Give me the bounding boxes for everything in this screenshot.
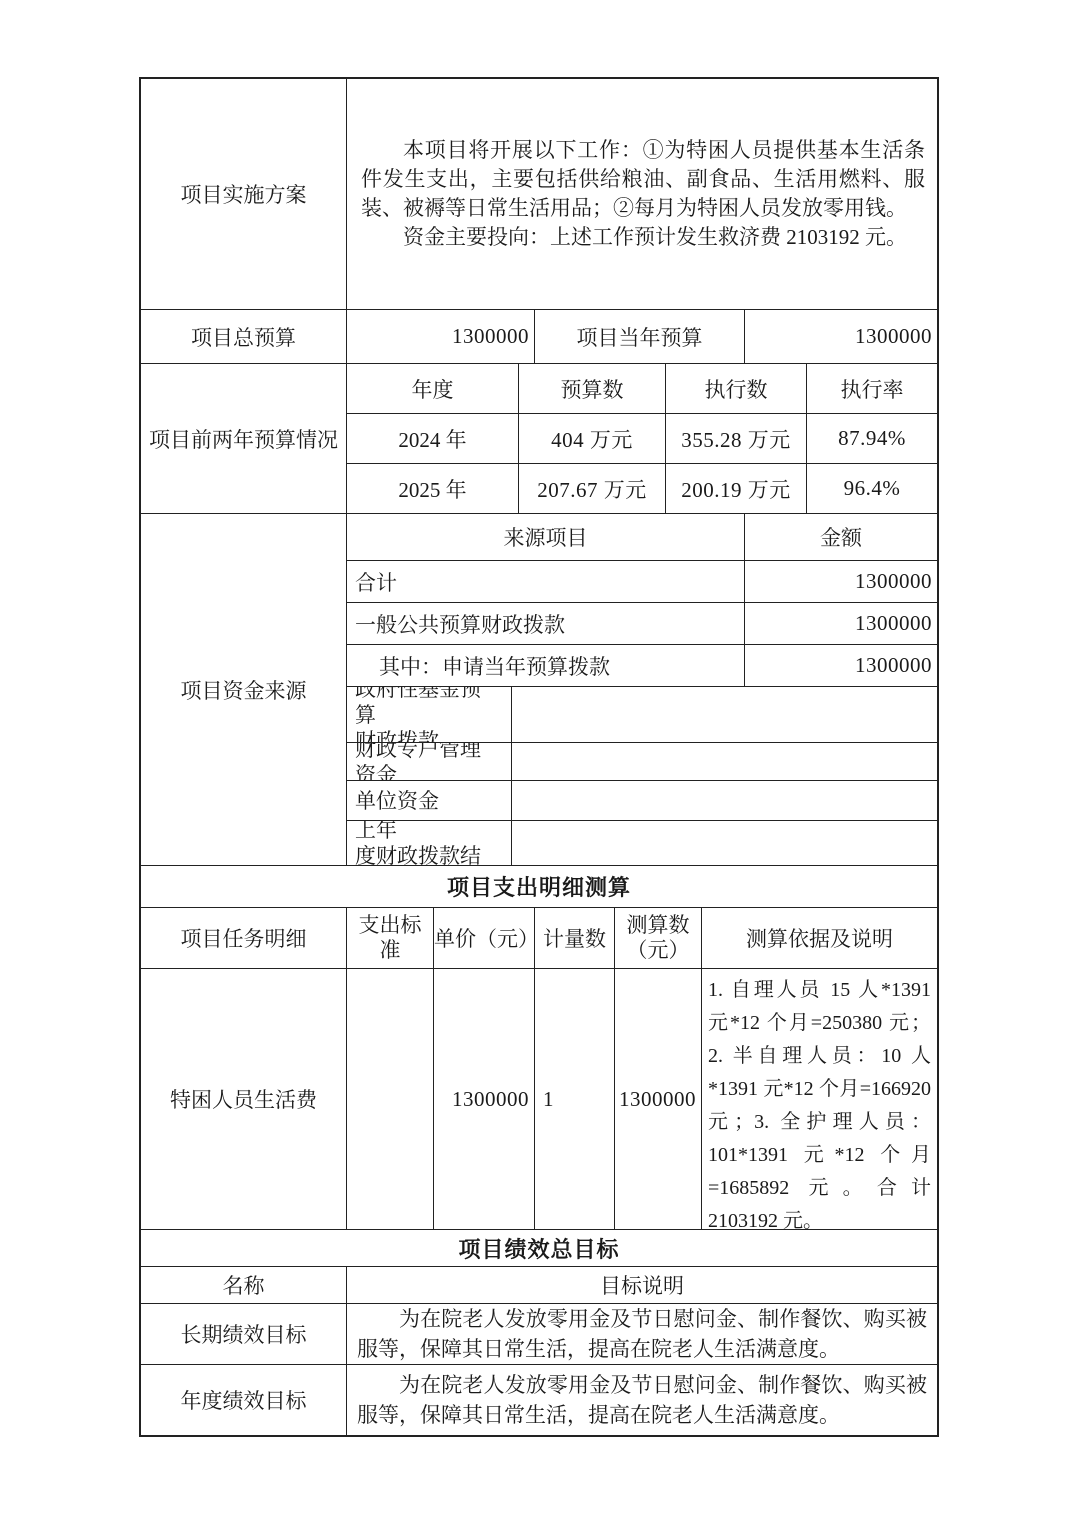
funding-row-govt-fund: 政府性基金预算 财政拨款 [347,687,937,743]
expense-task-name: 特困人员生活费 [141,969,347,1230]
performance-header-row: 名称 目标说明 [141,1267,937,1304]
funding-row-current-year-request: 其中：申请当年预算拨款 1300000 [347,645,937,687]
total-budget-value: 1300000 [347,310,535,364]
expense-data-row: 特困人员生活费 1300000 1 1300000 1. 自理人员 15 人*1… [141,969,937,1230]
table-row-2024: 2024 年 404 万元 355.28 万元 87.94% [347,414,937,464]
funding-govt-fund-amount [512,687,937,743]
funding-unit-funds-name: 单位资金 [347,781,512,821]
previous-years-label: 项目前两年预算情况 [141,364,347,514]
total-budget-label: 项目总预算 [141,310,347,364]
current-year-budget-label: 项目当年预算 [535,310,745,364]
rate-2025: 96.4% [807,464,937,514]
current-year-budget-value: 1300000 [745,310,937,364]
year-2025: 2025 年 [347,464,519,514]
funding-special-account-amount [512,743,937,781]
budget-2024: 404 万元 [519,414,666,464]
project-budget-table: 项目实施方案 本项目将开展以下工作：①为特困人员提供基本生活条件发生支出，主要包… [139,77,939,1437]
funding-header-row: 来源项目 金额 [347,514,937,561]
funding-general-public-name: 一般公共预算财政拨款 [347,603,745,645]
implementation-text: 本项目将开展以下工作：①为特困人员提供基本生活条件发生支出，主要包括供给粮油、副… [347,79,937,310]
funding-carryover-amount [512,821,937,866]
col-header-amount: 金额 [745,514,937,561]
implementation-para-2: 资金主要投向：上述工作预计发生救济费 2103192 元。 [361,223,925,252]
funding-general-public-amount: 1300000 [745,603,937,645]
annual-goal-desc-text: 为在院老人发放零用金及节日慰问金、制作餐饮、购买被服等，保障其日常生活，提高在院… [357,1370,927,1430]
col-header-goal-desc: 目标说明 [347,1267,937,1304]
rate-2024: 87.94% [807,414,937,464]
col-header-year: 年度 [347,364,519,414]
col-header-source: 来源项目 [347,514,745,561]
longterm-goal-label: 长期绩效目标 [141,1304,347,1365]
section-previous-years: 项目前两年预算情况 年度 预算数 执行数 执行率 2024 年 404 万元 3… [141,364,937,514]
expense-qty-value: 1 [535,969,615,1230]
funding-unit-funds-amount [512,781,937,821]
col-header-basis: 测算依据及说明 [702,908,937,969]
col-header-budget: 预算数 [519,364,666,414]
col-header-exec: 执行数 [666,364,807,414]
funding-carryover-name: 其中：使用上年 度财政拨款结转 [347,821,512,866]
funding-row-carryover: 其中：使用上年 度财政拨款结转 [347,821,937,866]
expense-standard-value [347,969,434,1230]
implementation-label: 项目实施方案 [141,79,347,310]
expense-calc-value: 1300000 [615,969,702,1230]
col-header-qty: 计量数 [535,908,615,969]
funding-row-total: 合计 1300000 [347,561,937,603]
col-header-calc: 测算数 （元） [615,908,702,969]
performance-section-title: 项目绩效总目标 [141,1230,937,1267]
longterm-goal-desc: 为在院老人发放零用金及节日慰问金、制作餐饮、购买被服等，保障其日常生活，提高在院… [347,1304,937,1365]
annual-goal-desc: 为在院老人发放零用金及节日慰问金、制作餐饮、购买被服等，保障其日常生活，提高在院… [347,1365,937,1435]
col-header-rate: 执行率 [807,364,937,414]
row-longterm-goal: 长期绩效目标 为在院老人发放零用金及节日慰问金、制作餐饮、购买被服等，保障其日常… [141,1304,937,1365]
previous-years-header-row: 年度 预算数 执行数 执行率 [347,364,937,414]
budget-2025: 207.67 万元 [519,464,666,514]
row-implementation: 项目实施方案 本项目将开展以下工作：①为特困人员提供基本生活条件发生支出，主要包… [141,79,937,310]
funding-govt-fund-name: 政府性基金预算 财政拨款 [347,687,512,743]
funding-sources-label: 项目资金来源 [141,514,347,866]
implementation-para-1: 本项目将开展以下工作：①为特困人员提供基本生活条件发生支出，主要包括供给粮油、副… [361,136,925,223]
funding-row-unit-funds: 单位资金 [347,781,937,821]
funding-current-year-request-name: 其中：申请当年预算拨款 [347,645,745,687]
exec-2025: 200.19 万元 [666,464,807,514]
expense-basis-text: 1. 自理人员 15 人*1391 元*12 个月=250380 元；2. 半自… [702,969,937,1230]
expense-section-title: 项目支出明细测算 [141,866,937,908]
expense-header-row: 项目任务明细 支出标 准 单价（元） 计量数 测算数 （元） 测算依据及说明 [141,908,937,969]
funding-total-name: 合计 [347,561,745,603]
expense-price-value: 1300000 [434,969,535,1230]
col-header-price: 单价（元） [434,908,535,969]
col-header-task: 项目任务明细 [141,908,347,969]
year-2024: 2024 年 [347,414,519,464]
funding-special-account-name: 财政专户管理资金 [347,743,512,781]
funding-row-special-account: 财政专户管理资金 [347,743,937,781]
funding-current-year-request-amount: 1300000 [745,645,937,687]
funding-row-general-public: 一般公共预算财政拨款 1300000 [347,603,937,645]
section-performance-title: 项目绩效总目标 [141,1230,937,1267]
annual-goal-label: 年度绩效目标 [141,1365,347,1435]
row-annual-goal: 年度绩效目标 为在院老人发放零用金及节日慰问金、制作餐饮、购买被服等，保障其日常… [141,1365,937,1435]
funding-total-amount: 1300000 [745,561,937,603]
section-funding-sources: 项目资金来源 来源项目 金额 合计 1300000 一般公共预算财政拨款 130… [141,514,937,866]
row-total-budget: 项目总预算 1300000 项目当年预算 1300000 [141,310,937,364]
col-header-standard: 支出标 准 [347,908,434,969]
col-header-name: 名称 [141,1267,347,1304]
table-row-2025: 2025 年 207.67 万元 200.19 万元 96.4% [347,464,937,514]
exec-2024: 355.28 万元 [666,414,807,464]
section-expense-title: 项目支出明细测算 [141,866,937,908]
longterm-goal-desc-text: 为在院老人发放零用金及节日慰问金、制作餐饮、购买被服等，保障其日常生活，提高在院… [357,1304,927,1364]
